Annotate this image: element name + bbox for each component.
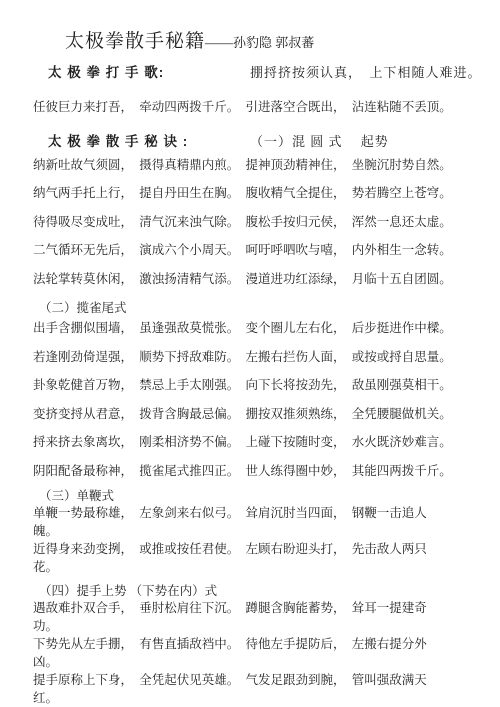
verse-line-wrap: 凶。: [33, 654, 474, 672]
verse-line: 阴阳配备最称神， 揽雀尾式推四正。 世人练得圈中妙， 其能四两拨千斤。: [33, 462, 474, 482]
verse-line-wrap: 花。: [33, 559, 474, 577]
verse-line: 单鞭一势最称雄， 左象剑来右似弓。 耸肩沉肘当四面， 钢鞭一击追人: [33, 505, 474, 523]
verse-line-wrap: 红。: [33, 690, 474, 707]
verse-line: 任彼巨力来打吾， 牵动四两拨千斤。 引进落空合既出， 沾连粘随不丢顶。: [33, 98, 474, 118]
document-page: 太极拳散手秘籍——孙豹隐 郭叔蕃 太 极 拳 打 手 歌: 掤捋挤按须认真， 上…: [0, 0, 500, 707]
verse-line: 变挤变捋从君意， 拨背含胸最忌偏。 掤按双推须熟练， 全凭腰腿做机关。: [33, 405, 474, 425]
verse-line: 二气循环无先后， 演成六个小周天。 呵吁呼呬吹与嘻， 内外相生一念转。: [33, 241, 474, 261]
miju-heading: 太 极 拳 散 手 秘 诀 :: [33, 130, 250, 150]
section-heading-danbian: （三）单鞭式: [33, 487, 474, 505]
dashouge-inline-verse: 掤捋挤按须认真， 上下相随人难进。: [250, 62, 482, 81]
dashouge-heading-row: 太 极 拳 打 手 歌: 掤捋挤按须认真， 上下相随人难进。: [33, 61, 474, 81]
verse-line: 待得吸尽变成吐， 清气沉来浊气除。 腹松手按归元侯， 浑然一息还太虚。: [33, 213, 474, 233]
verse-line: 近得身来劲变挒， 或推或按任君使。 左顾右盼迎头打， 先击敌人两只: [33, 541, 474, 559]
title-authors: 孙豹隐 郭叔蕃: [233, 35, 314, 50]
verse-line: 下势先从左手掤， 有售直插敌裆中。 待他左手提防后， 左搬右提分外: [33, 636, 474, 654]
title-text: 太极拳散手秘籍: [65, 31, 205, 52]
verse-line: 纳气两手托上行， 提自丹田生在胸。 腹收精气全提住， 势若腾空上苍穹。: [33, 184, 474, 204]
verse-line: 纳新吐故气须圆， 摄得真精鼎内煎。 提神顶劲精神住， 坐腕沉肘势自然。: [33, 156, 474, 176]
verse-line-wrap: 功。: [33, 618, 474, 636]
verse-line: 出手含掤似围墙， 虽逢强敌莫慌张。 变个圈儿左右化， 后步挺进作中樑。: [33, 319, 474, 339]
verse-line-wrap: 魄。: [33, 523, 474, 541]
doc-title: 太极拳散手秘籍——孙豹隐 郭叔蕃: [33, 26, 474, 53]
miju-heading-row: 太 极 拳 散 手 秘 诀 : （一）混 圆 式 起势: [33, 130, 474, 150]
dashouge-heading: 太 极 拳 打 手 歌:: [33, 61, 250, 81]
verse-line: 法轮掌转莫休闲， 激浊扬清精气添。 漫道进功红添绿， 月临十五自团圆。: [33, 270, 474, 290]
verse-line: 遇敌难扑双合手， 垂肘松肩往下沉。 蹲腿含胸能蓄势， 耸耳一提建奇: [33, 600, 474, 618]
verse-line: 卦象乾健首万物， 禁忌上手太刚强。 向下长将按劲先， 敌虽刚强莫相干。: [33, 376, 474, 396]
section-heading-tishou: （四）提手上势 （下势在内）式: [33, 582, 474, 600]
verse-line: 若逢刚劲倚逞强， 顺势下捋敌难防。 左搬右拦伤人面， 或按或捋自思量。: [33, 348, 474, 368]
verse-line: 提手原称上下身， 全凭起伏见英雄。 气发足跟劲到腕， 管叫强敌满天: [33, 672, 474, 690]
miju-subheading: （一）混 圆 式 起势: [250, 131, 389, 150]
verse-line: 捋来挤去象离坎， 刚柔相济势不偏。 上碰下按随时变， 水火既济妙难言。: [33, 433, 474, 453]
title-dash: ——: [205, 36, 233, 51]
section-heading-lanquewei: （二）揽雀尾式: [33, 299, 474, 317]
